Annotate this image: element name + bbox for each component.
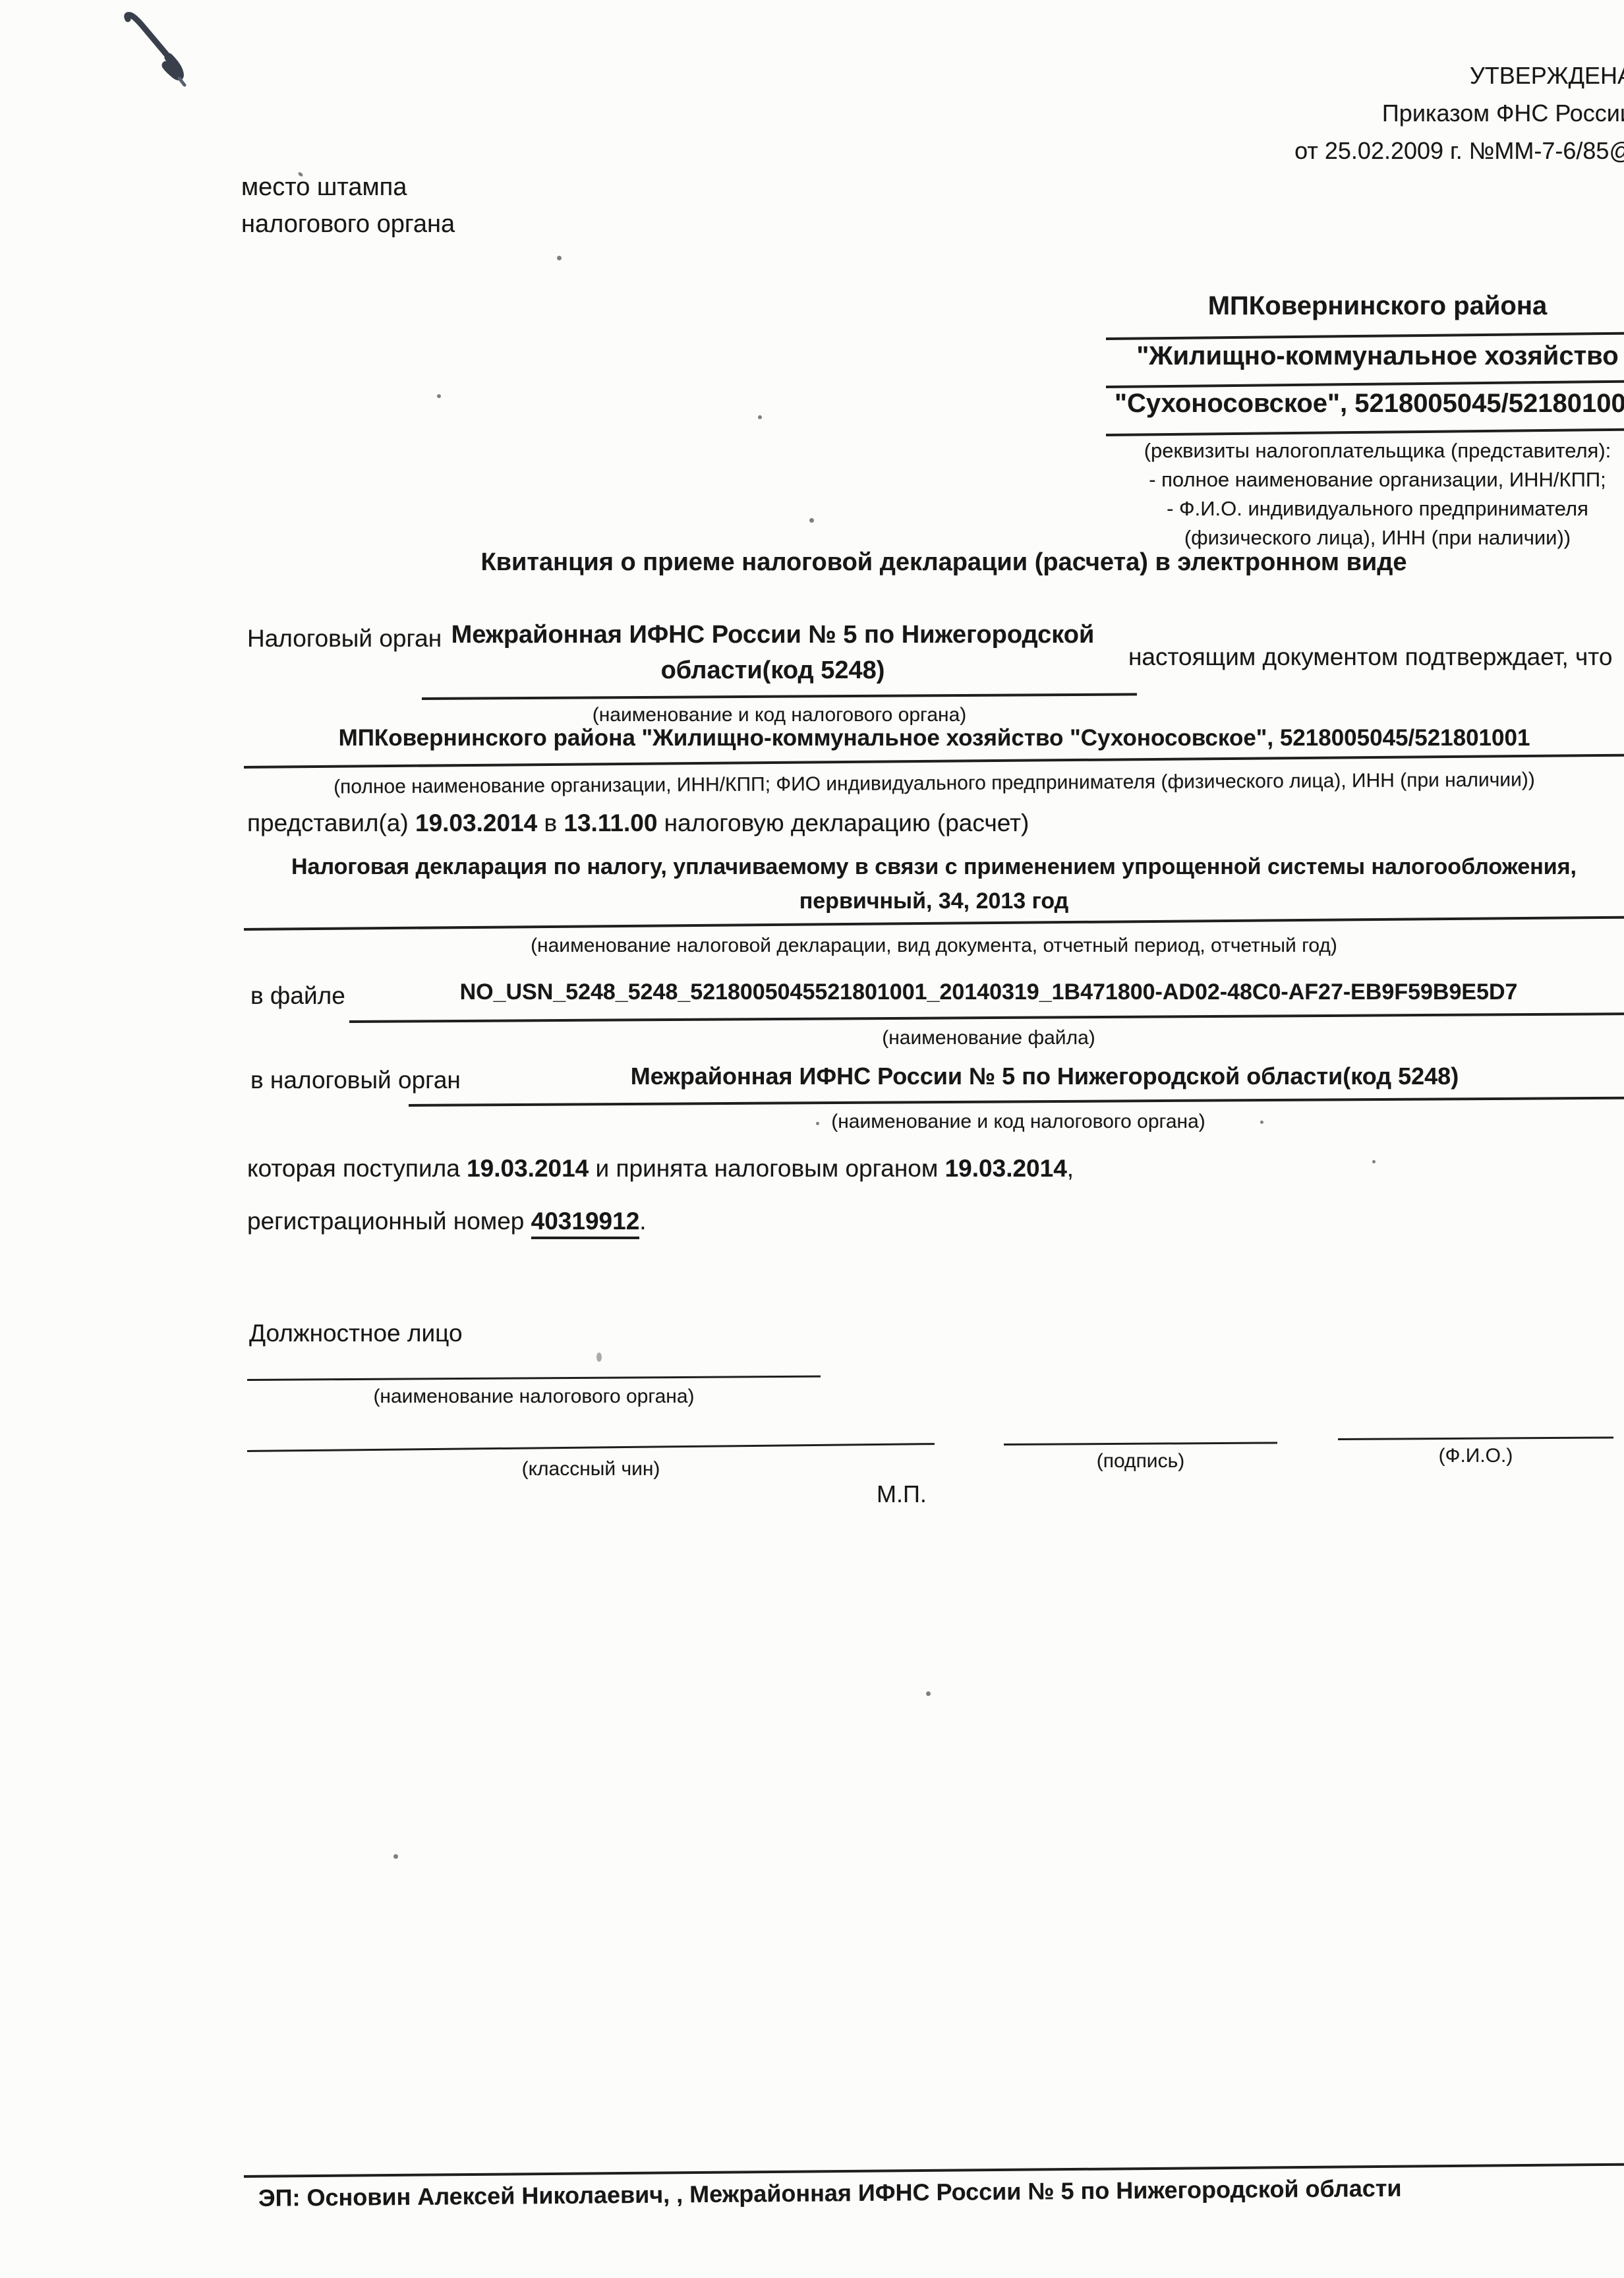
- file-label: в файле: [250, 982, 345, 1010]
- taxpayer-name-line-2: "Жилищно-коммунальное хозяйство: [1094, 341, 1624, 371]
- received-part-2: и принята налоговым органом: [596, 1155, 939, 1182]
- received-row: которая поступила 19.03.2014 и принята н…: [247, 1155, 1074, 1183]
- submitted-time: 13.11.00: [564, 809, 657, 836]
- document-title: Квитанция о приеме налоговой декларации …: [264, 548, 1624, 577]
- submitted-row: представил(а) 19.03.2014 в 13.11.00 нало…: [247, 809, 1029, 837]
- taxpayer-caption-2: - полное наименование организации, ИНН/К…: [1094, 468, 1624, 492]
- declaration-caption: (наименование налоговой декларации, вид …: [244, 935, 1624, 957]
- taxpayer-caption-1: (реквизиты налогоплательщика (представит…: [1094, 439, 1624, 463]
- tax-authority-caption: (наименование и код налогового органа): [422, 704, 1137, 726]
- stamp-note-line-1: место штампа: [241, 169, 455, 206]
- approval-line-3: от 25.02.2009 г. №ММ-7-6/85@: [1294, 132, 1624, 169]
- taxpayer-name-line-3: "Сухоносовское", 5218005045/521801001: [1094, 389, 1624, 419]
- registration-tail: .: [639, 1208, 646, 1235]
- receiving-authority-caption: (наименование и код налогового органа): [409, 1111, 1624, 1133]
- pen-mark: [119, 10, 198, 96]
- approval-line-2: Приказом ФНС России: [1294, 94, 1624, 132]
- approval-block: УТВЕРЖДЕНА Приказом ФНС России от 25.02.…: [1294, 57, 1624, 169]
- stamp-note-line-2: налогового органа: [241, 206, 455, 243]
- taxpayer-underline-2: [1106, 380, 1624, 388]
- tax-authority-value-line-1: Межрайонная ИФНС России № 5 по Нижегород…: [409, 621, 1137, 649]
- scan-speck: [1372, 1160, 1376, 1163]
- declaration-value-line-1: Налоговая декларация по налогу, уплачива…: [244, 854, 1624, 880]
- file-caption: (наименование файла): [356, 1027, 1621, 1049]
- stamp-place-note: место штампа налогового органа: [241, 169, 455, 243]
- rank-line: [247, 1443, 935, 1452]
- signature-separator-line: [244, 2163, 1624, 2178]
- organization-underline: [244, 754, 1624, 769]
- taxpayer-name-line-1: МПКовернинского района: [1094, 291, 1624, 321]
- registration-number: 40319912: [531, 1208, 640, 1239]
- scan-speck: [758, 415, 762, 419]
- approval-line-1: УТВЕРЖДЕНА: [1294, 57, 1624, 94]
- received-date-2: 19.03.2014: [945, 1155, 1067, 1182]
- registration-row: регистрационный номер 40319912.: [247, 1208, 647, 1235]
- fio-line: [1338, 1436, 1613, 1440]
- scan-speck: [557, 256, 562, 260]
- receiving-authority-underline: [409, 1097, 1624, 1107]
- authority-name-line: [247, 1376, 821, 1381]
- scan-speck: [926, 1691, 931, 1696]
- electronic-signature-line: ЭП: Основин Алексей Николаевич, , Межрай…: [258, 2175, 1402, 2212]
- scan-speck: [437, 394, 441, 398]
- authority-name-caption: (наименование налогового органа): [247, 1386, 821, 1408]
- declaration-underline: [244, 916, 1624, 931]
- organization-value: МПКовернинского района "Жилищно-коммунал…: [247, 725, 1621, 751]
- signature-line: [1004, 1442, 1277, 1446]
- declaration-value-line-2: первичный, 34, 2013 год: [244, 889, 1624, 914]
- fio-caption: (Ф.И.О.): [1338, 1445, 1613, 1467]
- scan-speck: [393, 1854, 398, 1859]
- organization-caption: (полное наименование организации, ИНН/КП…: [247, 769, 1621, 800]
- registration-label: регистрационный номер: [247, 1208, 524, 1235]
- taxpayer-caption-3: - Ф.И.О. индивидуального предпринимателя: [1094, 497, 1624, 521]
- taxpayer-underline-3: [1106, 428, 1624, 436]
- rank-caption: (классный чин): [247, 1458, 935, 1480]
- received-tail: ,: [1067, 1155, 1074, 1182]
- official-label: Должностное лицо: [249, 1320, 463, 1347]
- received-part-1: которая поступила: [247, 1155, 460, 1182]
- scanned-document-page: УТВЕРЖДЕНА Приказом ФНС России от 25.02.…: [0, 0, 1624, 2278]
- scan-speck: [596, 1353, 602, 1362]
- confirms-text: настоящим документом подтверждает, что: [1128, 643, 1612, 671]
- signature-caption: (подпись): [1004, 1450, 1277, 1473]
- file-underline: [349, 1012, 1624, 1023]
- receiving-authority-label: в налоговый орган: [250, 1066, 461, 1094]
- receiving-authority-value: Межрайонная ИФНС России № 5 по Нижегород…: [461, 1063, 1624, 1090]
- taxpayer-caption-4: (физического лица), ИНН (при наличии)): [1094, 526, 1624, 550]
- received-date-1: 19.03.2014: [467, 1155, 589, 1182]
- file-value: NO_USN_5248_5248_5218005045521801001_201…: [356, 979, 1621, 1005]
- taxpayer-underline-1: [1106, 332, 1624, 340]
- tax-authority-underline: [422, 693, 1137, 700]
- scan-speck: [1260, 1121, 1263, 1124]
- scan-speck: [816, 1122, 819, 1125]
- scan-speck: [809, 518, 814, 523]
- submitted-conj: в: [544, 809, 557, 836]
- tax-authority-value-line-2: области(код 5248): [409, 657, 1137, 685]
- submitted-suffix: налоговую декларацию (расчет): [664, 809, 1029, 836]
- submitted-prefix: представил(а): [247, 809, 409, 836]
- stamp-abbr: М.П.: [877, 1480, 927, 1508]
- submitted-date: 19.03.2014: [415, 809, 537, 836]
